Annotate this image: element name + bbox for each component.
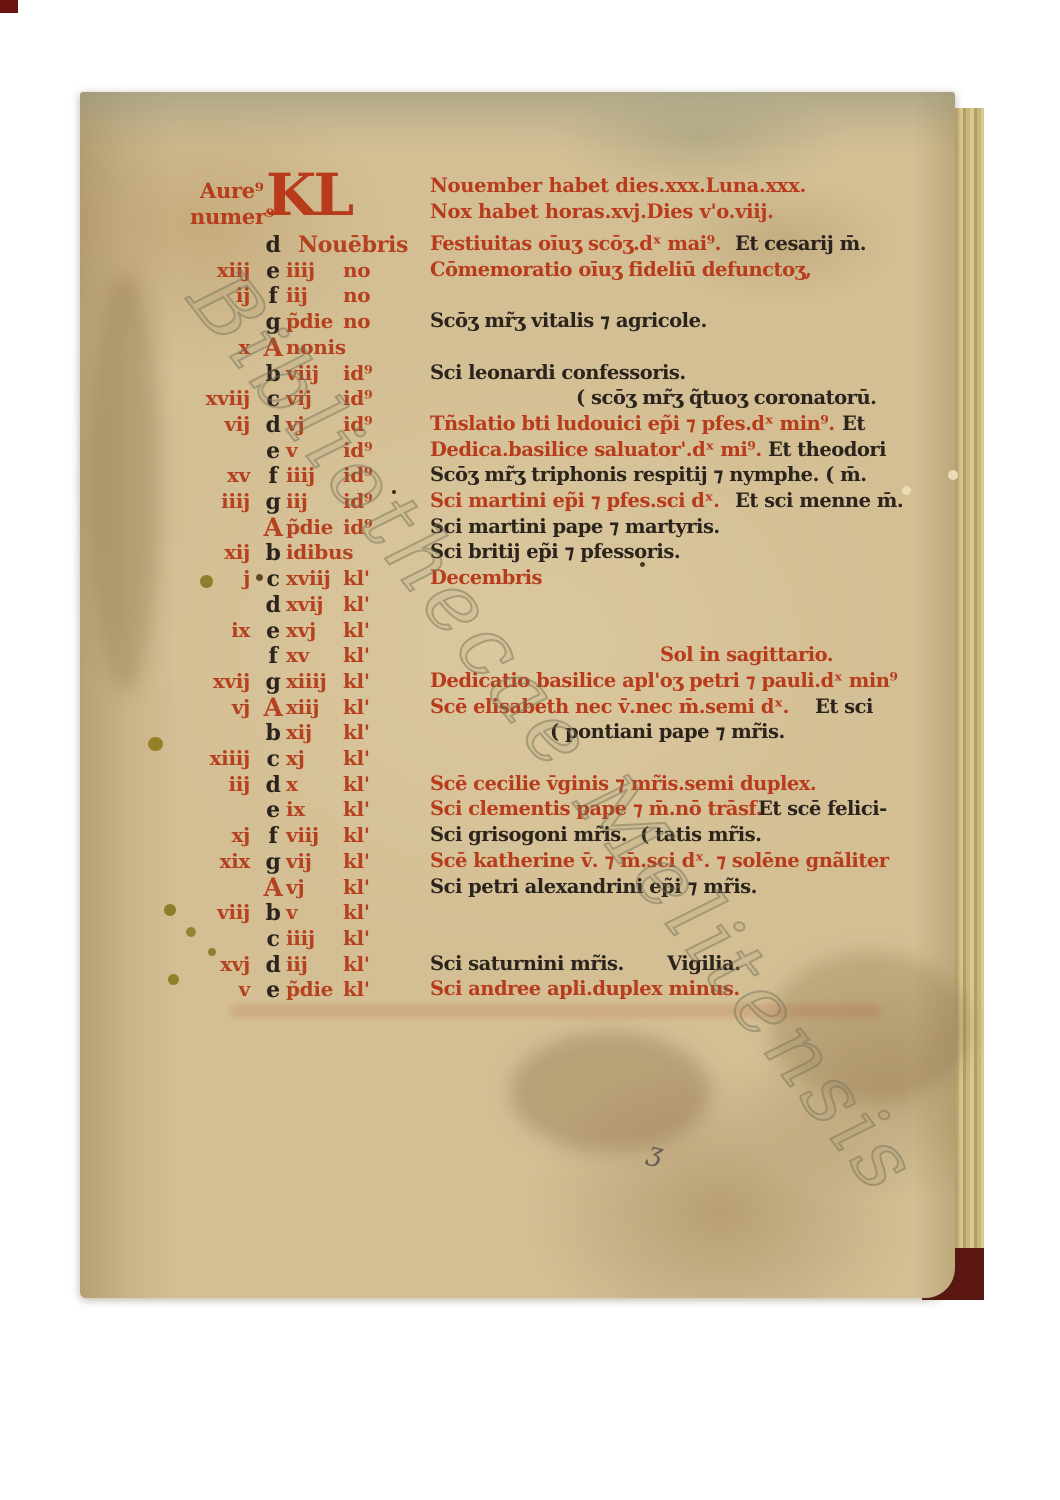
golden-number: ix (170, 618, 250, 642)
feast-entry: Et scē felici- (758, 797, 887, 820)
dominical-letter: d (258, 952, 288, 978)
dominical-letter: b (258, 900, 288, 926)
calendar-row-day-26: Avjkl'Sci petri alexandrini ep̃i ⁊ mr̃is… (80, 875, 955, 901)
dominical-letter: f (258, 463, 288, 489)
dominical-letter: c (258, 566, 288, 592)
calends-marker: kl' (343, 875, 370, 899)
golden-number: xviij (170, 386, 250, 410)
calends-marker: kl' (343, 566, 370, 590)
calendar-row-day-23: eixkl'Sci clementis pape ⁊ m̄.nō trāsf.E… (80, 797, 955, 823)
scan-corner-mark (0, 0, 18, 13)
dominical-letter: e (258, 797, 288, 823)
calends-marker: kl' (343, 746, 370, 770)
calends-marker: id⁹ (343, 386, 372, 410)
day-numeral: iij (286, 952, 308, 976)
golden-number: xj (170, 823, 250, 847)
dominical-letter: b (258, 361, 288, 387)
calendar-row-day-4: gp̃dienoScōʒ mr̃ʒ vitalis ⁊ agricole. (80, 309, 955, 335)
calends-marker: kl' (343, 720, 370, 744)
calends-marker: kl' (343, 669, 370, 693)
calendar-row-day-15: dxvijkl' (80, 592, 955, 618)
dominical-letter: A (258, 333, 288, 362)
calendar-row-day-29: xvjdiijkl'Sci saturnini mr̃is.Vigilia. (80, 952, 955, 978)
calends-marker: kl' (343, 977, 370, 1001)
golden-number: iiij (170, 489, 250, 513)
feast-entry: Sci petri alexandrini ep̃i ⁊ mr̃is. (430, 875, 757, 898)
golden-number: j (170, 566, 250, 590)
feast-entry: Sci martini pape ⁊ martyris. (430, 515, 720, 538)
calends-marker: kl' (343, 618, 370, 642)
golden-number: x (170, 335, 250, 359)
feast-entry: Sci clementis pape ⁊ m̄.nō trāsf. (430, 797, 762, 820)
calendar-row-day-2: xiijeiiijnoCōmemoratio oīuʒ fideliū defu… (80, 258, 955, 284)
day-numeral: xvj (286, 618, 316, 642)
calendar-row-day-25: xixgvijkl'Scē katherine v̄. ⁊ m̄.sci dˣ.… (80, 849, 955, 875)
day-numeral: vij (286, 849, 312, 873)
golden-number: xij (170, 540, 250, 564)
day-numeral: iiij (286, 463, 315, 487)
calendar-row-day-7: xviijcvijid⁹( scōʒ mr̃ʒ q̃tuoʒ coronator… (80, 386, 955, 412)
day-numeral: iiij (286, 926, 315, 950)
calendar-row-day-10: xvfiiijid⁹Scōʒ mr̃ʒ triphonis respitij ⁊… (80, 463, 955, 489)
feast-entry: Et theodori (768, 438, 886, 461)
golden-number: vij (170, 412, 250, 436)
calendar-row-day-19: vjAxiijkl'Scē elisabeth nec v̄.nec m̄.se… (80, 695, 955, 721)
dominical-letter: e (258, 977, 288, 1003)
feast-entry: Et sci (815, 695, 873, 718)
calendar-row-day-11: iiijgiijid⁹Sci martini ep̃i ⁊ pfes.sci d… (80, 489, 955, 515)
feast-entry: Sci grisogoni mr̃is. (430, 823, 627, 846)
feast-entry: Et sci menne m̄. (735, 489, 903, 512)
day-numeral: xvij (286, 592, 323, 616)
dominical-letter: g (258, 489, 288, 515)
calendar-row-day-8: vijdvjid⁹Tñslatio bti ludouici ep̃i ⁊ pf… (80, 412, 955, 438)
day-numeral: v (286, 900, 297, 924)
calendar-row-day-3: ijfiijno (80, 283, 955, 309)
golden-number: xiij (170, 258, 250, 282)
scanned-book-photo: ʒ Aure⁹ numer⁹ KL Nouember habet dies.xx… (0, 0, 1060, 1500)
day-numeral: vij (286, 386, 312, 410)
feast-entry: Scē elisabeth nec v̄.nec m̄.semi dˣ. (430, 695, 789, 718)
calends-marker: kl' (343, 926, 370, 950)
day-numeral: p̃die (286, 309, 333, 333)
calendar-row-day-27: viijbvkl' (80, 900, 955, 926)
calendar-row-day-1: dNouēbrisFestiuitas oīuʒ scōʒ.dˣ mai⁹.Et… (80, 232, 955, 258)
dominical-letter: A (258, 693, 288, 722)
golden-number: xvij (170, 669, 250, 693)
feast-entry: Sol in sagittario. (660, 643, 833, 666)
day-numeral: p̃die (286, 515, 333, 539)
calendar-row-day-20: bxijkl'( pontiani pape ⁊ mr̃is. (80, 720, 955, 746)
dominical-letter: f (258, 283, 288, 309)
calends-marker: id⁹ (343, 489, 372, 513)
dominical-letter: b (258, 540, 288, 566)
day-numeral: xj (286, 746, 305, 770)
feast-entry: Scōʒ mr̃ʒ vitalis ⁊ agricole. (430, 309, 707, 332)
feast-entry: Sci saturnini mr̃is. (430, 952, 624, 975)
feast-entry: Decembris (430, 566, 542, 589)
calends-marker: kl' (343, 695, 370, 719)
feast-entry: Dedicatio basilice apl'oʒ petri ⁊ pauli.… (430, 669, 897, 692)
day-numeral: xv (286, 643, 309, 667)
feast-entry: ( scōʒ mr̃ʒ q̃tuoʒ coronatorū. (576, 386, 876, 409)
calendar-row-day-24: xjfviijkl'Sci grisogoni mr̃is.( tatis mr… (80, 823, 955, 849)
calendar-row-day-14: jcxviijkl'Decembris (80, 566, 955, 592)
golden-number: xv (170, 463, 250, 487)
calends-marker: id⁹ (343, 515, 372, 539)
dominical-letter: g (258, 309, 288, 335)
dominical-letter: c (258, 746, 288, 772)
feast-entry: ( tatis mr̃is. (640, 823, 761, 846)
calends-marker: no (343, 283, 370, 307)
day-numeral: xiiij (286, 669, 326, 693)
day-numeral: vj (286, 875, 304, 899)
calendar-row-day-9: evid⁹Dedica.basilice saluator'.dˣ mi⁹.Et… (80, 438, 955, 464)
calends-marker: id⁹ (343, 412, 372, 436)
dominical-letter: e (258, 438, 288, 464)
calends-marker: kl' (343, 592, 370, 616)
feast-entry: ( pontiani pape ⁊ mr̃is. (550, 720, 785, 743)
calends-marker: id⁹ (343, 361, 372, 385)
feast-entry: Scē cecilie v̄ginis ⁊ mr̃is.semi duplex. (430, 772, 816, 795)
golden-number: xiiij (170, 746, 250, 770)
dominical-letter: A (258, 873, 288, 902)
dominical-letter: g (258, 669, 288, 695)
calends-marker: kl' (343, 849, 370, 873)
calends-marker: kl' (343, 643, 370, 667)
dominical-letter: b (258, 720, 288, 746)
feast-entry: Tñslatio bti ludouici ep̃i ⁊ pfes.dˣ min… (430, 412, 835, 435)
feast-entry: Sci martini ep̃i ⁊ pfes.sci dˣ. (430, 489, 719, 512)
feast-entry: Vigilia. (667, 952, 740, 975)
dominical-letter: f (258, 823, 288, 849)
calendar-row-day-13: xijbidibusSci britij ep̃i ⁊ pfessoris. (80, 540, 955, 566)
calendar-row-day-6: bviijid⁹Sci leonardi confessoris. (80, 361, 955, 387)
feast-entry: Et cesarij m̄. (735, 232, 866, 255)
calendar-row-day-22: iijdxkl'Scē cecilie v̄ginis ⁊ mr̃is.semi… (80, 772, 955, 798)
day-numeral: x (286, 772, 298, 796)
dominical-letter: f (258, 643, 288, 669)
calends-marker: kl' (343, 823, 370, 847)
day-numeral: xij (286, 720, 312, 744)
manuscript-page: ʒ Aure⁹ numer⁹ KL Nouember habet dies.xx… (80, 92, 955, 1298)
feast-entry: Et (842, 412, 865, 435)
dominical-letter: e (258, 618, 288, 644)
day-numeral: ix (286, 797, 305, 821)
golden-number: xix (170, 849, 250, 873)
day-numeral: xviij (286, 566, 330, 590)
dominical-letter: c (258, 926, 288, 952)
day-numeral: nonis (286, 335, 346, 359)
calendar-row-day-17: fxvkl'Sol in sagittario. (80, 643, 955, 669)
dominical-letter: d (258, 232, 288, 258)
calendar-row-day-21: xiiijcxjkl' (80, 746, 955, 772)
calends-marker: Nouēbris (298, 232, 408, 258)
day-numeral: viij (286, 361, 319, 385)
calends-marker: id⁹ (343, 463, 372, 487)
calends-marker: id⁹ (343, 438, 372, 462)
dominical-letter: c (258, 386, 288, 412)
calends-marker: kl' (343, 900, 370, 924)
feast-entry: Sci leonardi confessoris. (430, 361, 686, 384)
calendar-row-day-12: Ap̃dieid⁹Sci martini pape ⁊ martyris. (80, 515, 955, 541)
day-numeral: viij (286, 823, 319, 847)
calends-marker: kl' (343, 952, 370, 976)
calendar-table: dNouēbrisFestiuitas oīuʒ scōʒ.dˣ mai⁹.Et… (80, 92, 955, 1298)
feast-entry: Sci britij ep̃i ⁊ pfessoris. (430, 540, 680, 563)
feast-entry: Scē katherine v̄. ⁊ m̄.sci dˣ. ⁊ solēne … (430, 849, 889, 872)
dominical-letter: g (258, 849, 288, 875)
day-numeral: vj (286, 412, 304, 436)
day-numeral: v (286, 438, 297, 462)
calends-marker: kl' (343, 772, 370, 796)
calendar-row-day-30: vep̃diekl'Sci andree apli.duplex minus. (80, 977, 955, 1003)
dominical-letter: d (258, 592, 288, 618)
calends-marker: kl' (343, 797, 370, 821)
dominical-letter: A (258, 513, 288, 542)
feast-entry: Cōmemoratio oīuʒ fideliū defunctoʒ, (430, 258, 811, 281)
day-numeral: iij (286, 489, 308, 513)
calendar-row-day-28: ciiijkl' (80, 926, 955, 952)
feast-entry: Sci andree apli.duplex minus. (430, 977, 740, 1000)
golden-number: iij (170, 772, 250, 796)
feast-entry: Festiuitas oīuʒ scōʒ.dˣ mai⁹. (430, 232, 721, 255)
feast-entry: Dedica.basilice saluator'.dˣ mi⁹. (430, 438, 762, 461)
calendar-row-day-16: ixexvjkl' (80, 618, 955, 644)
golden-number: viij (170, 900, 250, 924)
day-numeral: idibus (286, 540, 353, 564)
day-numeral: iij (286, 283, 308, 307)
dominical-letter: d (258, 772, 288, 798)
calends-marker: no (343, 258, 370, 282)
golden-number: vj (170, 695, 250, 719)
golden-number: v (170, 977, 250, 1001)
day-numeral: xiij (286, 695, 319, 719)
feast-entry: Scōʒ mr̃ʒ triphonis respitij ⁊ nymphe. (… (430, 463, 867, 486)
calends-marker: no (343, 309, 370, 333)
dominical-letter: e (258, 258, 288, 284)
calendar-row-day-18: xvijgxiiijkl'Dedicatio basilice apl'oʒ p… (80, 669, 955, 695)
golden-number: ij (170, 283, 250, 307)
golden-number: xvj (170, 952, 250, 976)
day-numeral: p̃die (286, 977, 333, 1001)
day-numeral: iiij (286, 258, 315, 282)
dominical-letter: d (258, 412, 288, 438)
calendar-row-day-5: xAnonis (80, 335, 955, 361)
